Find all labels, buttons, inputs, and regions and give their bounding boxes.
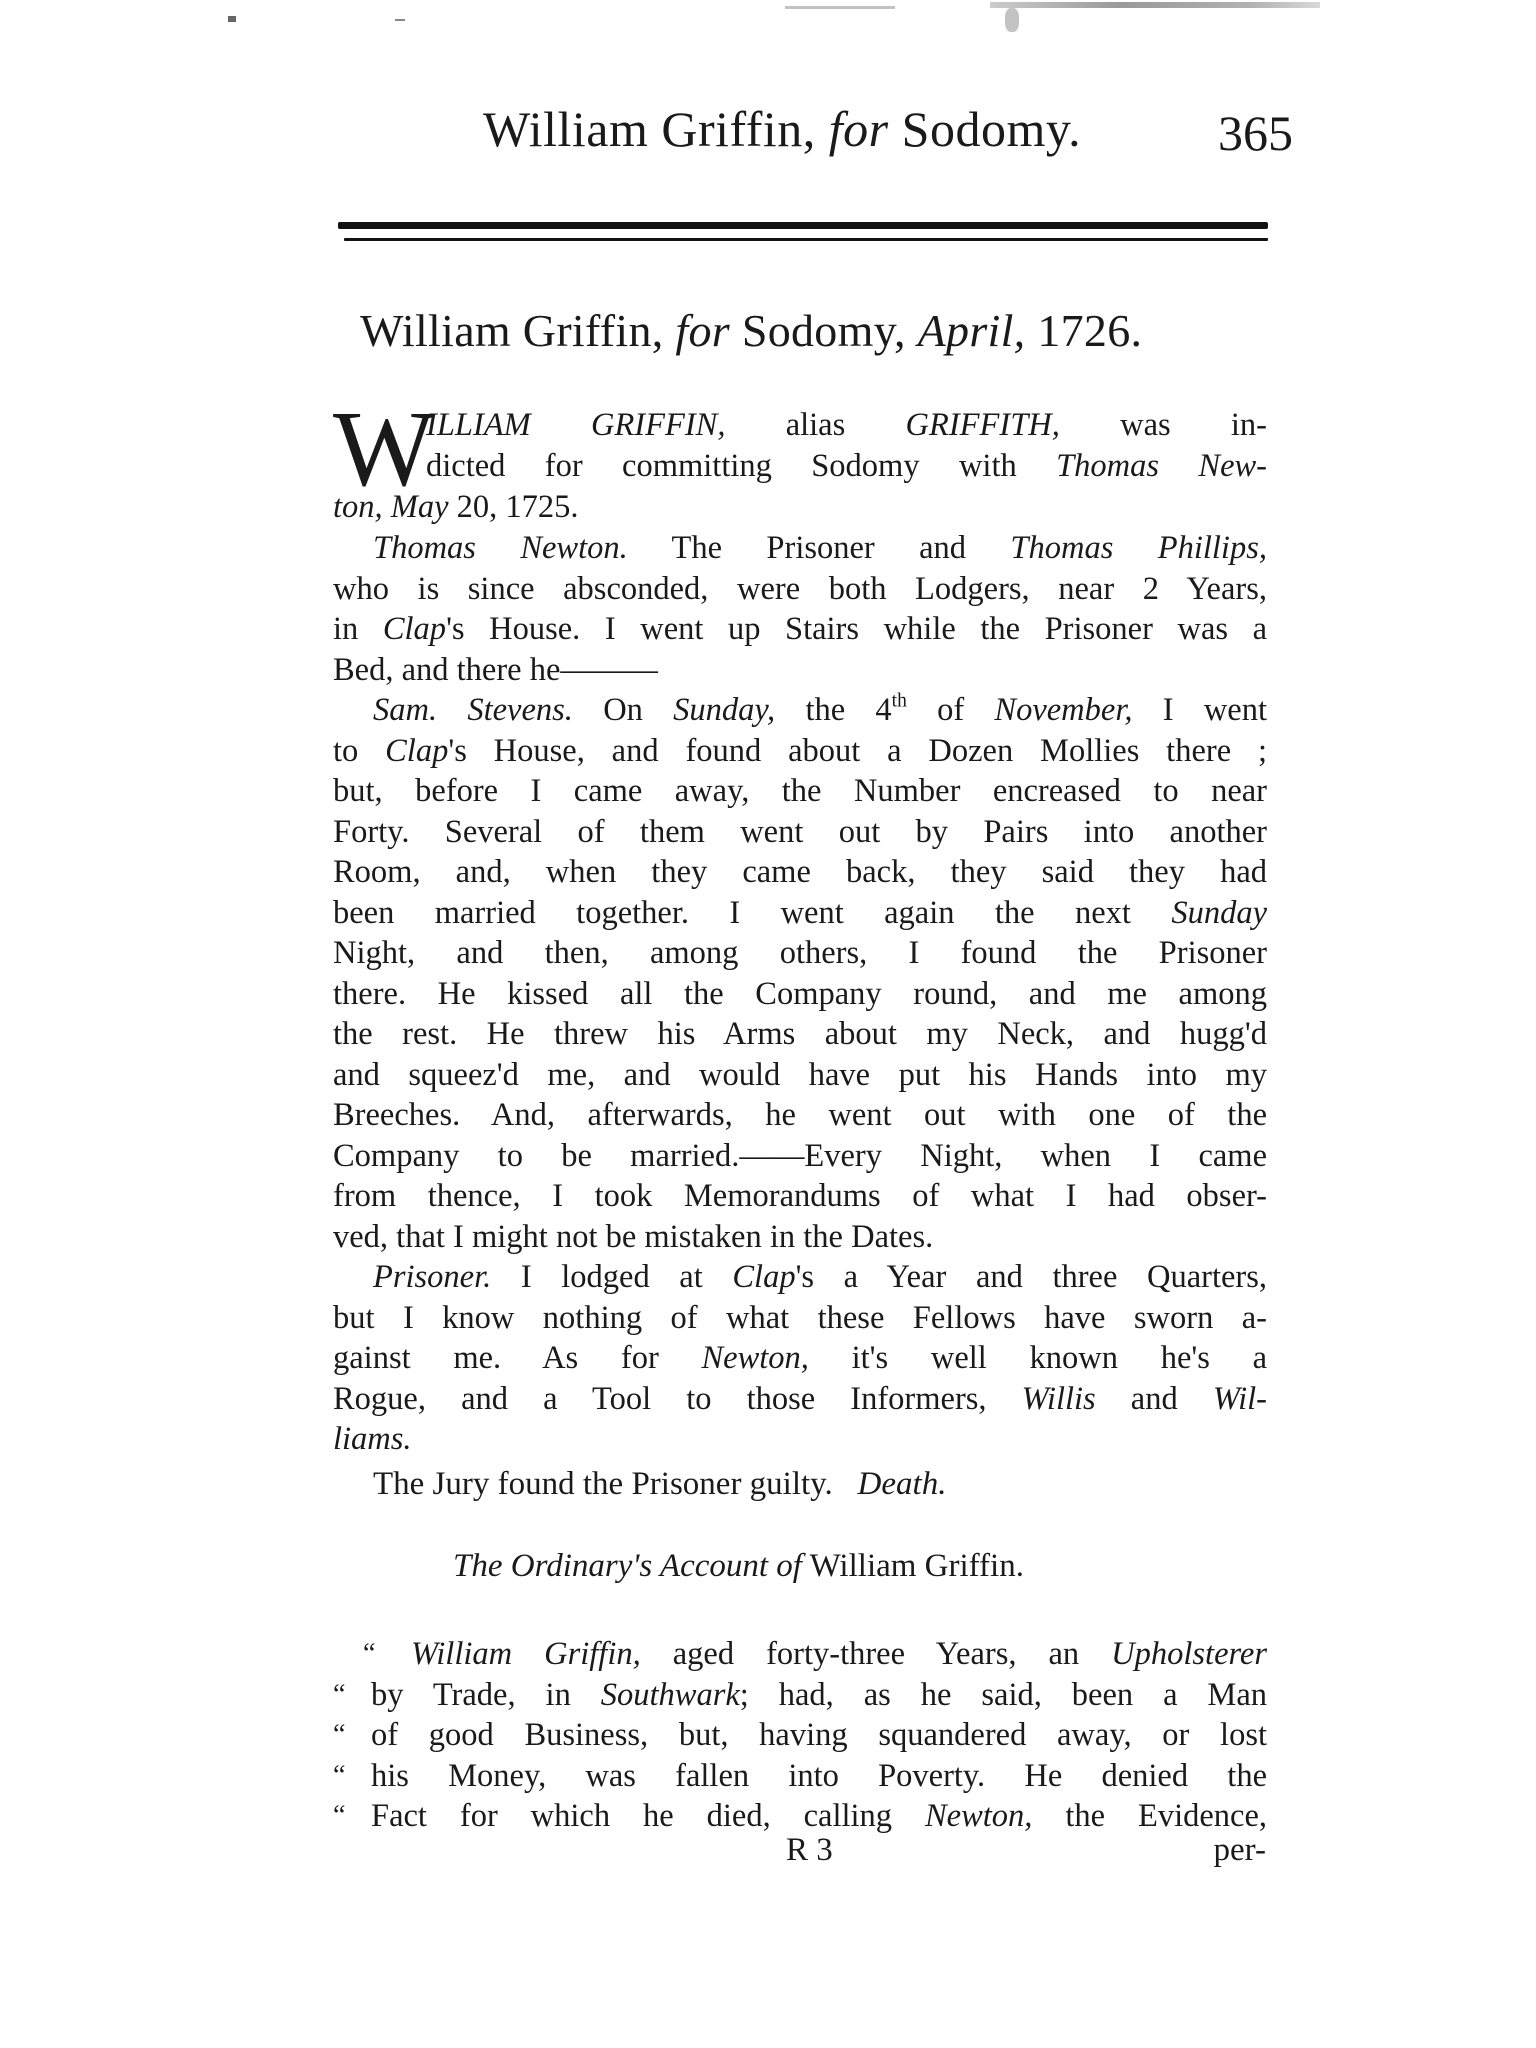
text-line: “ by Trade, in Southwark; had, as he sai…: [333, 1675, 1267, 1716]
text-line: ved, that I might not be mistaken in the…: [333, 1217, 1267, 1258]
text-run: the Evidence,: [1032, 1798, 1267, 1834]
text-line: and squeez'd me, and would have put his …: [333, 1055, 1267, 1096]
quote-mark: “: [333, 1756, 371, 1797]
text-line: Prisoner. I lodged at Clap's a Year and …: [333, 1257, 1267, 1298]
text-run: The Prisoner and: [628, 530, 1011, 566]
section-title: William Griffin, for Sodomy, April, 1726…: [360, 304, 1142, 357]
section-title-month: April,: [918, 305, 1026, 356]
double-rule-bottom: [344, 238, 1268, 241]
text-line: Sam. Stevens. On Sunday, the 4th of Nove…: [333, 690, 1267, 731]
text-line: Company to be married.——Every Night, whe…: [333, 1136, 1267, 1177]
ordinal-suffix: th: [892, 690, 907, 711]
person-name: Clap: [383, 611, 446, 647]
text-line: Thomas Newton. The Prisoner and Thomas P…: [333, 528, 1267, 569]
text-line: Rogue, and a Tool to those Informers, Wi…: [333, 1379, 1267, 1420]
defendant-name: ILLIAM GRIFFIN,: [426, 407, 725, 443]
place-name: Southwark: [601, 1677, 740, 1713]
text-line: “ William Griffin, aged forty-three Year…: [333, 1634, 1267, 1675]
text-line: the rest. He threw his Arms about my Nec…: [333, 1014, 1267, 1055]
text-run: 's a Year and three Quarters,: [796, 1259, 1267, 1295]
verdict-line: The Jury found the Prisoner guilty. Deat…: [373, 1466, 946, 1503]
text-run: to: [333, 733, 385, 769]
running-title-for: for: [829, 101, 889, 157]
speaker-name: Sam. Stevens.: [373, 692, 573, 728]
running-head: William Griffin, for Sodomy. 365: [333, 100, 1293, 170]
ordinary-account-heading: The Ordinary's Account of William Griffi…: [453, 1548, 1024, 1585]
text-line: Bed, and there he———: [333, 650, 1267, 691]
text-line: Breeches. And, afterwards, he went out w…: [333, 1095, 1267, 1136]
speaker-name: Thomas Newton.: [373, 530, 628, 566]
month-name: November,: [994, 692, 1132, 728]
text-line: Forty. Several of them went out by Pairs…: [333, 812, 1267, 853]
text-line: “ his Money, was fallen into Poverty. He…: [333, 1756, 1267, 1797]
text-run: in: [333, 611, 383, 647]
person-name: Clap: [732, 1259, 795, 1295]
page-number: 365: [1218, 104, 1293, 162]
scan-speck: [228, 16, 236, 22]
catchword: per-: [1214, 1832, 1266, 1869]
text-run: ; had, as he said, been a Man: [740, 1677, 1267, 1713]
quote-mark: “: [333, 1796, 371, 1837]
subhead-italic: The Ordinary's Account of: [453, 1548, 802, 1584]
section-title-year: 1726.: [1037, 305, 1142, 356]
text-line: Room, and, when they came back, they sai…: [333, 852, 1267, 893]
text-run: gainst me. As for: [333, 1340, 701, 1376]
text-line: “ Fact for which he died, calling Newton…: [333, 1796, 1267, 1837]
person-name: liams.: [333, 1421, 412, 1457]
double-rule-top: [338, 222, 1268, 229]
running-title: William Griffin, for Sodomy.: [483, 100, 1081, 158]
running-title-name: William Griffin,: [483, 101, 816, 157]
text-run: alias: [725, 407, 905, 443]
text-run: I went: [1133, 692, 1268, 728]
text-line: Night, and then, among others, I found t…: [333, 933, 1267, 974]
text-line: who is since absconded, were both Lodger…: [333, 569, 1267, 610]
text-run: been married together. I went again the …: [333, 895, 1171, 931]
witness-name: Thomas New-: [1056, 448, 1267, 484]
section-title-crime: Sodomy,: [742, 305, 906, 356]
text-run: the 4: [775, 692, 891, 728]
person-name: William Griffin,: [411, 1636, 641, 1672]
text-line: to Clap's House, and found about a Dozen…: [333, 731, 1267, 772]
text-run: his Money, was fallen into Poverty. He d…: [371, 1756, 1267, 1797]
trade-name: Upholsterer: [1111, 1636, 1267, 1672]
text-run: by Trade, in: [371, 1677, 601, 1713]
day-name: Sunday,: [673, 692, 775, 728]
ordinary-account-quote: “ William Griffin, aged forty-three Year…: [333, 1634, 1267, 1837]
sentence-text: Death.: [858, 1466, 947, 1502]
drop-cap: W: [333, 409, 435, 491]
date-text: 20, 1725.: [449, 489, 579, 525]
person-name: Wil-: [1213, 1381, 1267, 1417]
text-run: Fact for which he died, calling: [371, 1798, 925, 1834]
scan-speck: [395, 19, 405, 21]
quote-mark: “: [333, 1634, 411, 1675]
text-line: dicted for committing Sodomy with Thomas…: [333, 446, 1267, 487]
text-line: ILLIAM GRIFFIN, alias GRIFFITH, was in-: [333, 405, 1267, 446]
text-run: I lodged at: [491, 1259, 732, 1295]
text-run: and: [1096, 1381, 1213, 1417]
indictment-paragraph: W ILLIAM GRIFFIN, alias GRIFFITH, was in…: [333, 405, 1267, 528]
person-name: Willis: [1022, 1381, 1096, 1417]
testimony-newton: Thomas Newton. The Prisoner and Thomas P…: [333, 528, 1267, 690]
text-run: of good Business, but, having squandered…: [371, 1715, 1267, 1756]
scan-smudge: [1005, 8, 1019, 32]
text-run: dicted for committing Sodomy with: [426, 448, 1056, 484]
text-line: liams.: [333, 1419, 1267, 1460]
text-run: Fact for which he died, calling Newton, …: [371, 1796, 1267, 1837]
verdict-text: The Jury found the Prisoner guilty.: [373, 1466, 833, 1502]
text-run: aged forty-three Years, an: [641, 1636, 1111, 1672]
testimony-stevens: Sam. Stevens. On Sunday, the 4th of Nove…: [333, 690, 1267, 1257]
text-run: it's well known he's a: [809, 1340, 1267, 1376]
text-line: in Clap's House. I went up Stairs while …: [333, 609, 1267, 650]
person-name: Thomas Phillips,: [1010, 530, 1267, 566]
text-line: from thence, I took Memorandums of what …: [333, 1176, 1267, 1217]
text-line: there. He kissed all the Company round, …: [333, 974, 1267, 1015]
text-line: but I know nothing of what these Fellows…: [333, 1298, 1267, 1339]
text-run: by Trade, in Southwark; had, as he said,…: [371, 1675, 1267, 1716]
scan-smudge: [785, 6, 895, 9]
person-name: Newton,: [701, 1340, 808, 1376]
text-run: 's House, and found about a Dozen Mollie…: [448, 733, 1267, 769]
text-line: gainst me. As for Newton, it's well know…: [333, 1338, 1267, 1379]
text-line: been married together. I went again the …: [333, 893, 1267, 934]
person-name: Clap: [385, 733, 448, 769]
quote-mark: “: [333, 1675, 371, 1716]
day-name: Sunday: [1171, 895, 1267, 931]
signature-mark: R 3: [786, 1832, 833, 1869]
text-run: of: [907, 692, 995, 728]
text-run: William Griffin, aged forty-three Years,…: [411, 1634, 1267, 1675]
alias-name: GRIFFITH,: [906, 407, 1060, 443]
person-name: Newton,: [925, 1798, 1032, 1834]
quote-mark: “: [333, 1715, 371, 1756]
text-line: but, before I came away, the Number encr…: [333, 771, 1267, 812]
text-run: On: [573, 692, 673, 728]
prisoner-defense: Prisoner. I lodged at Clap's a Year and …: [333, 1257, 1267, 1460]
scan-smudge: [990, 2, 1320, 8]
speaker-name: Prisoner.: [373, 1259, 491, 1295]
text-run: was in-: [1060, 407, 1267, 443]
section-title-name: William Griffin,: [360, 305, 664, 356]
text-run: 's House. I went up Stairs while the Pri…: [446, 611, 1267, 647]
section-title-for: for: [675, 305, 730, 356]
text-run: Rogue, and a Tool to those Informers,: [333, 1381, 1022, 1417]
subhead-name: William Griffin.: [802, 1548, 1024, 1584]
text-line: ton, May 20, 1725.: [333, 487, 1267, 528]
running-title-crime: Sodomy.: [902, 101, 1081, 157]
text-line: “ of good Business, but, having squander…: [333, 1715, 1267, 1756]
book-page: William Griffin, for Sodomy. 365 William…: [0, 0, 1536, 2048]
